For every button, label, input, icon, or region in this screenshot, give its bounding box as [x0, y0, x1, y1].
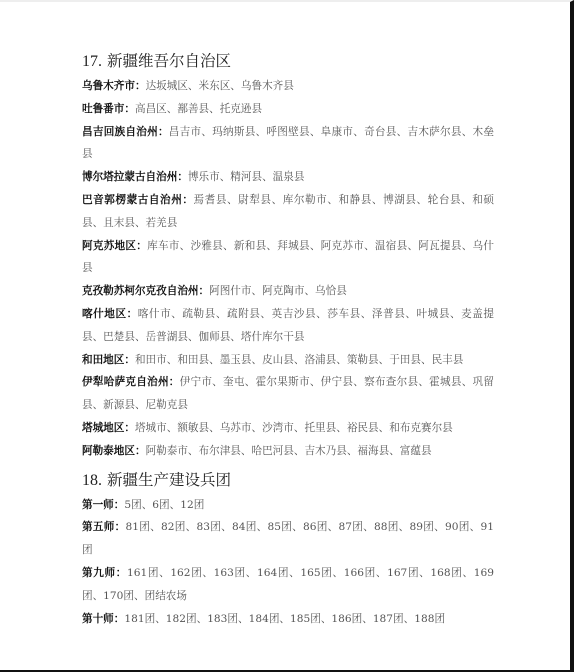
section-title-text: 新疆维吾尔自治区 [107, 52, 231, 70]
region-items: 达坂城区、米东区、乌鲁木齐县 [146, 80, 294, 92]
region-items: 博乐市、精河县、温泉县 [188, 171, 305, 183]
region-entry-bortala: 博尔塔拉蒙古自治州：博乐市、精河县、温泉县 [82, 166, 494, 189]
region-label: 喀什地区： [82, 308, 138, 320]
region-entry-ili: 伊犁哈萨克自治州：伊宁市、奎屯、霍尔果斯市、伊宁县、察布查尔县、霍城县、巩留县、… [82, 371, 494, 417]
region-items: 塔城市、额敏县、乌苏市、沙湾市、托里县、裕民县、和布克赛尔县 [135, 422, 453, 434]
division-items: 5团、6团、12团 [124, 499, 204, 511]
division-items: 81团、82团、83团、84团、85团、86团、87团、88团、89团、90团、… [82, 521, 494, 556]
region-items: 和田市、和田县、墨玉县、皮山县、洛浦县、策勒县、于田县、民丰县 [135, 354, 463, 366]
section-title-text: 新疆生产建设兵团 [107, 471, 231, 489]
division-entry-1st: 第一师：5团、6团、12团 [82, 494, 494, 517]
division-items: 181团、182团、183团、184团、185团、186团、187团、188团 [124, 613, 445, 625]
region-label: 阿勒泰地区： [82, 445, 146, 457]
region-entry-urumqi: 乌鲁木齐市：达坂城区、米东区、乌鲁木齐县 [82, 75, 494, 98]
division-label: 第九师： [82, 567, 127, 579]
region-items: 阿勒泰市、布尔津县、哈巴河县、吉木乃县、福海县、富蕴县 [146, 445, 432, 457]
region-label: 塔城地区： [82, 422, 135, 434]
region-label: 和田地区： [82, 354, 135, 366]
region-entry-tacheng: 塔城地区：塔城市、额敏县、乌苏市、沙湾市、托里县、裕民县、和布克赛尔县 [82, 417, 494, 440]
region-entry-aksu: 阿克苏地区：库车市、沙雅县、新和县、拜城县、阿克苏市、温宿县、阿瓦提县、乌什县 [82, 235, 494, 281]
region-label: 博尔塔拉蒙古自治州： [82, 171, 188, 183]
section-number: 18. [82, 472, 102, 489]
region-items: 阿图什市、阿克陶市、乌恰县 [209, 285, 347, 297]
region-label: 昌吉回族自治州： [82, 126, 169, 138]
region-entry-kashgar: 喀什地区：喀什市、疏勒县、疏附县、英吉沙县、莎车县、泽普县、叶城县、麦盖提县、巴… [82, 303, 494, 349]
region-label: 伊犁哈萨克自治州： [82, 376, 180, 388]
region-entry-bayingolin: 巴音郭楞蒙古自治州：焉耆县、尉犁县、库尔勒市、和静县、博湖县、轮台县、和硕县、且… [82, 189, 494, 235]
division-entry-9th: 第九师：161团、162团、163团、164团、165团、166团、167团、1… [82, 562, 494, 608]
region-label: 阿克苏地区： [82, 240, 147, 252]
region-entry-hotan: 和田地区：和田市、和田县、墨玉县、皮山县、洛浦县、策勒县、于田县、民丰县 [82, 349, 494, 372]
division-entry-5th: 第五师：81团、82团、83团、84团、85团、86团、87团、88团、89团、… [82, 516, 494, 562]
section-number: 17. [82, 53, 102, 70]
section-heading-xpcc: 18. 新疆生产建设兵团 [82, 467, 494, 493]
region-items: 高昌区、鄯善县、托克逊县 [135, 103, 262, 115]
document-page: 17. 新疆维吾尔自治区 乌鲁木齐市：达坂城区、米东区、乌鲁木齐县 吐鲁番市：高… [0, 0, 574, 672]
region-label: 吐鲁番市： [82, 103, 135, 115]
region-entry-changji: 昌吉回族自治州：昌吉市、玛纳斯县、呼图壁县、阜康市、奇台县、吉木萨尔县、木垒县 [82, 121, 494, 167]
region-entry-altay: 阿勒泰地区：阿勒泰市、布尔津县、哈巴河县、吉木乃县、福海县、富蕴县 [82, 440, 494, 463]
division-items: 161团、162团、163团、164团、165团、166团、167团、168团、… [82, 567, 494, 602]
region-label: 乌鲁木齐市： [82, 80, 146, 92]
region-items: 喀什市、疏勒县、疏附县、英吉沙县、莎车县、泽普县、叶城县、麦盖提县、巴楚县、岳普… [82, 308, 494, 343]
document-content: 17. 新疆维吾尔自治区 乌鲁木齐市：达坂城区、米东区、乌鲁木齐县 吐鲁番市：高… [82, 48, 494, 630]
division-label: 第五师： [82, 521, 126, 533]
region-label: 巴音郭楞蒙古自治州： [82, 194, 194, 206]
region-entry-turpan: 吐鲁番市：高昌区、鄯善县、托克逊县 [82, 98, 494, 121]
section-heading-xinjiang: 17. 新疆维吾尔自治区 [82, 48, 494, 74]
division-label: 第十师： [82, 613, 124, 625]
division-label: 第一师： [82, 499, 124, 511]
region-label: 克孜勒苏柯尔克孜自治州： [82, 285, 209, 297]
division-entry-10th: 第十师：181团、182团、183团、184团、185团、186团、187团、1… [82, 608, 494, 631]
region-entry-kizilsu: 克孜勒苏柯尔克孜自治州：阿图什市、阿克陶市、乌恰县 [82, 280, 494, 303]
